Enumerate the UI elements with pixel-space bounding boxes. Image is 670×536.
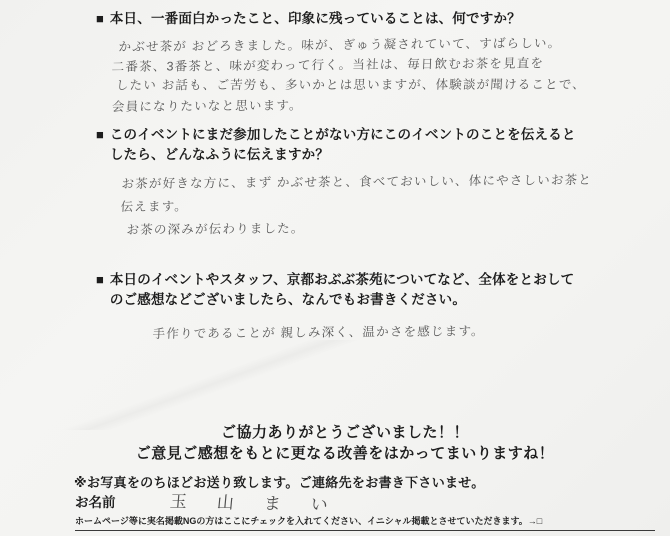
ng-note-text: ホームページ等に実名掲載NGの方はここにチェックを入れてください、イニシャル掲載… (75, 516, 537, 526)
ng-checkbox-icon: □ (537, 516, 542, 526)
question-2: ■ このイベントにまだ参加したことがない方にこのイベントのことを伝えるとしたら、… (96, 125, 584, 165)
handwritten-line: したい お話も、ご苦労も、多いかとは思いますが、体験談が聞けることで、 (115, 75, 586, 96)
name-row: お名前 玉山まい (75, 491, 635, 515)
question-1-handwritten-answer: かぶせ茶が おどろきました。味が、ぎゅう凝されていて、すばらしい。 二番茶、3番… (110, 33, 589, 117)
question-3-label: 本日のイベントやスタッフ、京都おぶぶ茶苑についてなど、全体をとおしてのご感想など… (110, 270, 584, 310)
handwritten-line: お茶が好きな方に、まず かぶせ茶と、食べておいしい、体にやさしいお茶と (121, 169, 592, 196)
scanned-survey-form: ■ 本日、一番面白かったこと、印象に残っていることは、何ですか？ かぶせ茶が お… (0, 0, 670, 536)
square-bullet-icon: ■ (96, 125, 104, 145)
name-label: お名前 (75, 491, 116, 511)
handwritten-line: お茶の深みが伝わりました。 (126, 215, 590, 242)
square-bullet-icon: ■ (96, 270, 104, 290)
closing-line-2: ご意見ご感想をもとに更なる改善をはかってまいりますね！ (75, 443, 615, 464)
photo-contact-note: ※お写真をのちほどお送り致します。ご連絡先をお書き下さいませ。 (74, 472, 485, 491)
square-bullet-icon: ■ (96, 9, 104, 29)
closing-line-1: ご協力ありがとうございました！！ (75, 422, 615, 443)
closing-message: ご協力ありがとうございました！！ ご意見ご感想をもとに更なる改善をはかってまいり… (75, 422, 615, 464)
question-1: ■ 本日、一番面白かったこと、印象に残っていることは、何ですか？ (96, 9, 584, 29)
ng-publication-note: ホームページ等に実名掲載NGの方はここにチェックを入れてください、イニシャル掲載… (75, 514, 655, 531)
question-2-handwritten-answer: お茶が好きな方に、まず かぶせ茶と、食べておいしい、体にやさしいお茶と 伝えます… (119, 169, 592, 242)
handwritten-line: 会員になりたいなと思います。 (112, 93, 586, 117)
question-2-label: このイベントにまだ参加したことがない方にこのイベントのことを伝えるとしたら、どん… (110, 125, 584, 165)
question-3: ■ 本日のイベントやスタッフ、京都おぶぶ茶苑についてなど、全体をとおしてのご感想… (96, 270, 584, 310)
handwritten-line: 二番茶、3番茶と、味が変わって行く。当社は、毎日飲むお茶を見直を (111, 53, 587, 77)
handwritten-name: 玉山まい (169, 487, 359, 516)
question-3-handwritten-answer: 手作りであることが 親しみ深く、温かさを感じます。 (152, 321, 485, 344)
handwritten-line: 手作りであることが 親しみ深く、温かさを感じます。 (152, 321, 485, 344)
question-1-label: 本日、一番面白かったこと、印象に残っていることは、何ですか？ (110, 9, 521, 29)
